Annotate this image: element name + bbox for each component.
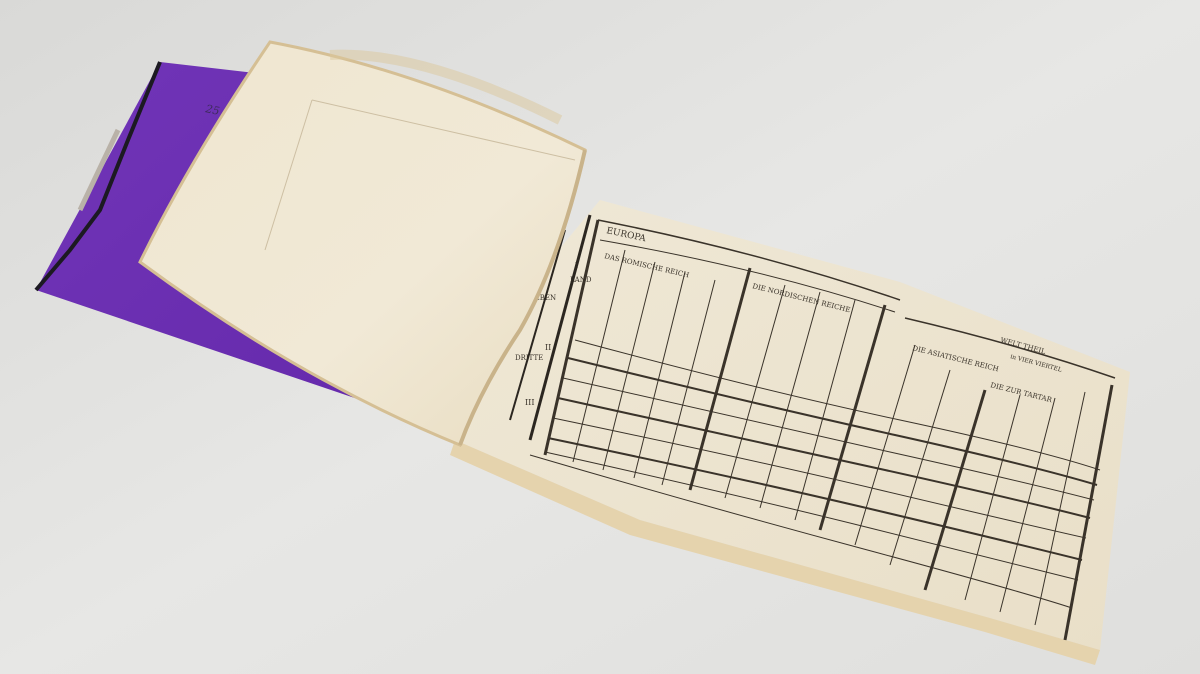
margin-label-2: II — [545, 343, 551, 352]
margin-label-3: III — [525, 398, 534, 407]
book-illustration: 25 gul. E — [0, 0, 1200, 674]
photo-scene: 25 gul. E — [0, 0, 1200, 674]
